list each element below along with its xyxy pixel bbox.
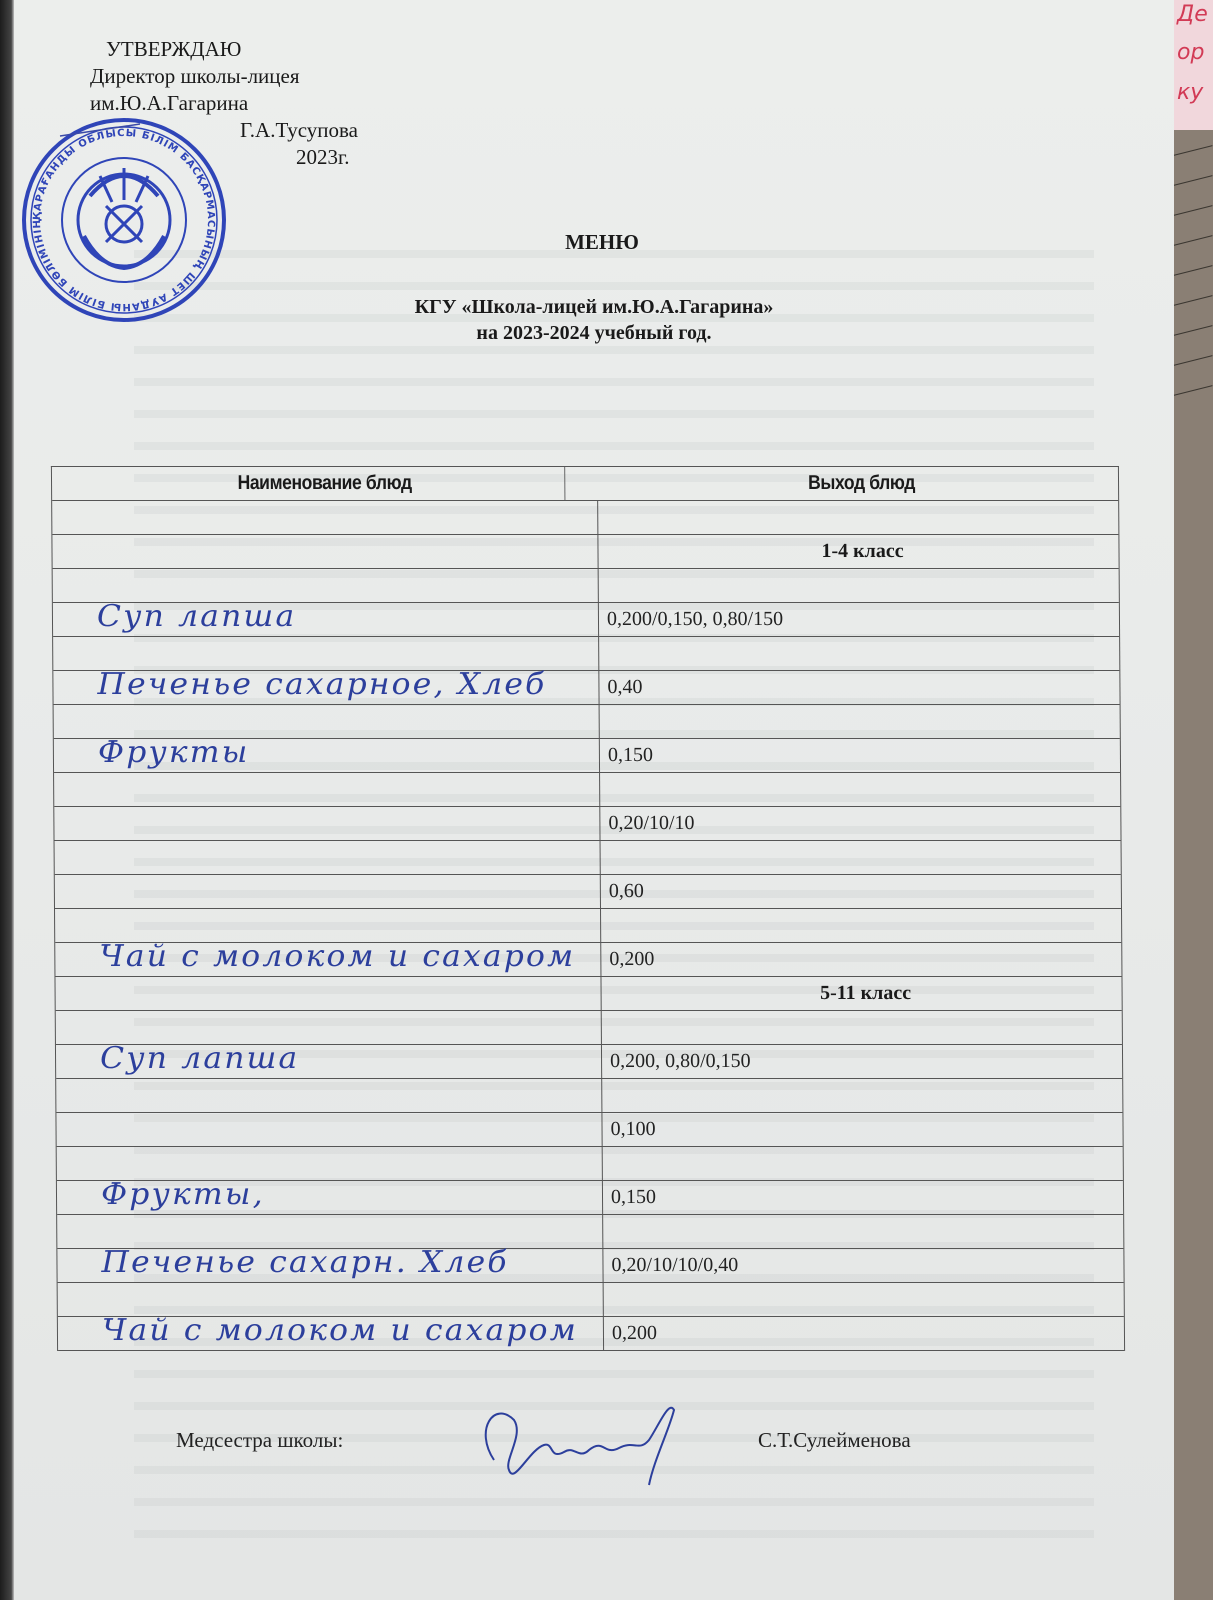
table-row: 0,20/10/10 (54, 807, 1120, 841)
table-row (52, 501, 1118, 535)
dish-name-cell (55, 909, 601, 942)
dish-name-cell: Суп лапша (53, 603, 599, 636)
table-row (57, 1147, 1123, 1181)
dish-yield-cell: 0,40 (599, 671, 1119, 704)
column-header-dish: Наименование блюд (85, 467, 566, 500)
table-group-row: 5-11 класс (55, 977, 1121, 1011)
table-row: Фрукты0,150 (54, 739, 1120, 773)
table-row: Чай с молоком и сахаром0,200 (55, 943, 1121, 977)
dish-name-cell (54, 705, 600, 738)
dish-name-cell: Чай с молоком и сахаром (55, 943, 601, 976)
table-row: Фрукты,0,150 (57, 1181, 1123, 1215)
document-page: УТВЕРЖДАЮ Директор школы-лицея им.Ю.А.Га… (14, 0, 1174, 1600)
table-row: Суп лапша0,200/0,150, 0,80/150 (53, 603, 1119, 637)
dish-name-cell (56, 1113, 602, 1146)
dish-yield-cell: 0,150 (603, 1181, 1123, 1214)
bleed-through-text (134, 1498, 1094, 1516)
dish-name-handwritten: Печенье сахарное, Хлеб (97, 667, 546, 702)
academic-year: на 2023-2024 учебный год. (14, 322, 1174, 345)
nurse-label: Медсестра школы: (176, 1428, 343, 1453)
dish-yield-cell: 0,200 (604, 1317, 1124, 1350)
dish-yield-cell: 0,200/0,150, 0,80/150 (599, 603, 1119, 636)
table-header-row: Наименование блюд Выход блюд (52, 467, 1118, 501)
dish-name-cell (56, 1079, 602, 1112)
table-row: Печенье сахарн. Хлеб0,20/10/10/0,40 (57, 1249, 1123, 1283)
official-stamp-icon: ҚАРАҒАНДЫ ОБЛЫСЫ БІЛІМ БАСҚАРМАСЫНЫҢ ШЕТ… (20, 116, 228, 324)
dish-yield-cell: 0,200 (601, 943, 1121, 976)
dish-name-cell (54, 773, 600, 806)
approval-heading: УТВЕРЖДАЮ (90, 36, 358, 63)
table-row (53, 569, 1119, 603)
dish-yield-cell (599, 569, 1119, 602)
table-row: Суп лапша0,200, 0,80/0,150 (56, 1045, 1122, 1079)
bleed-through-text (134, 410, 1094, 428)
dish-name-cell (53, 569, 599, 602)
dish-name-handwritten: Чай с молоком и сахаром (102, 1313, 578, 1348)
dish-yield-cell (599, 637, 1119, 670)
bleed-through-text (134, 442, 1094, 460)
dish-name-cell (57, 1147, 603, 1180)
dish-name-cell: Печенье сахарное, Хлеб (53, 671, 599, 704)
dish-yield-cell: 0,60 (601, 875, 1121, 908)
dish-yield-cell (602, 1079, 1122, 1112)
dish-name-handwritten: Печенье сахарн. Хлеб (101, 1245, 508, 1280)
dish-name-cell: Фрукты (54, 739, 600, 772)
dish-name-cell: Фрукты, (57, 1181, 603, 1214)
table-row: Чай с молоком и сахаром0,200 (58, 1317, 1124, 1351)
dish-yield-cell (598, 501, 1118, 534)
dish-name-cell (55, 977, 601, 1010)
dish-name-cell: Суп лапша (56, 1045, 602, 1078)
dish-yield-cell: 0,150 (600, 739, 1120, 772)
dish-yield-cell: 0,20/10/10/0,40 (603, 1249, 1123, 1282)
bleed-through-text (134, 1370, 1094, 1388)
dish-yield-cell (604, 1283, 1124, 1316)
dish-name-cell (52, 501, 598, 534)
approval-school: им.Ю.А.Гагарина (90, 90, 358, 117)
table-row (56, 1079, 1122, 1113)
dish-yield-cell (603, 1147, 1123, 1180)
table-row: 0,60 (55, 875, 1121, 909)
dish-yield-cell: 0,20/10/10 (600, 807, 1120, 840)
table-row (53, 637, 1119, 671)
bleed-through-text (134, 346, 1094, 364)
dish-name-handwritten: Чай с молоком и сахаром (99, 939, 575, 974)
table-row (55, 841, 1121, 875)
dish-yield-cell (603, 1215, 1123, 1248)
dish-yield-cell (601, 909, 1121, 942)
dish-yield-cell (600, 773, 1120, 806)
dish-name-cell (57, 1215, 603, 1248)
dish-name-handwritten: Фрукты (98, 735, 250, 770)
table-row: Печенье сахарное, Хлеб0,40 (53, 671, 1119, 705)
table-group-row: 1-4 класс (52, 535, 1118, 569)
bleed-through-text (134, 378, 1094, 396)
column-header-yield: Выход блюд (629, 467, 1087, 500)
dish-name-cell: Чай с молоком и сахаром (58, 1317, 604, 1350)
dish-yield-cell (602, 1011, 1122, 1044)
dish-name-cell (55, 841, 601, 874)
dish-yield-cell: 0,100 (602, 1113, 1122, 1146)
table-row (54, 705, 1120, 739)
class-group-label: 5-11 класс (601, 977, 1121, 1010)
table-row (55, 909, 1121, 943)
table-row (54, 773, 1120, 807)
dish-yield-cell: 0,200, 0,80/0,150 (602, 1045, 1122, 1078)
class-group-label: 1-4 класс (598, 535, 1118, 568)
dish-name-cell (56, 1011, 602, 1044)
document-title: МЕНЮ (14, 230, 1182, 255)
dish-name-cell (54, 807, 600, 840)
nurse-signature-icon (454, 1390, 714, 1490)
dish-yield-cell (601, 841, 1121, 874)
approval-position: Директор школы-лицея (90, 63, 358, 90)
dish-name-cell: Печенье сахарн. Хлеб (57, 1249, 603, 1282)
dish-name-handwritten: Фрукты, (101, 1177, 265, 1212)
table-row (58, 1283, 1124, 1317)
dish-name-cell (53, 637, 599, 670)
organization-name: КГУ «Школа-лицей им.Ю.А.Гагарина» (14, 296, 1174, 319)
pink-note: Деорку (1173, 0, 1213, 130)
nurse-name: С.Т.Сулейменова (758, 1428, 911, 1453)
table-row (56, 1011, 1122, 1045)
dish-yield-cell (600, 705, 1120, 738)
dish-name-cell (52, 535, 598, 568)
dish-name-cell (55, 875, 601, 908)
dish-name-handwritten: Суп лапша (100, 1041, 300, 1076)
menu-table: Наименование блюд Выход блюд 1-4 классСу… (51, 466, 1125, 1351)
dish-name-cell (58, 1283, 604, 1316)
table-row (57, 1215, 1123, 1249)
table-row: 0,100 (56, 1113, 1122, 1147)
dish-name-handwritten: Суп лапша (97, 599, 297, 634)
bleed-through-text (134, 1530, 1094, 1548)
background-edge-left (0, 0, 14, 1600)
